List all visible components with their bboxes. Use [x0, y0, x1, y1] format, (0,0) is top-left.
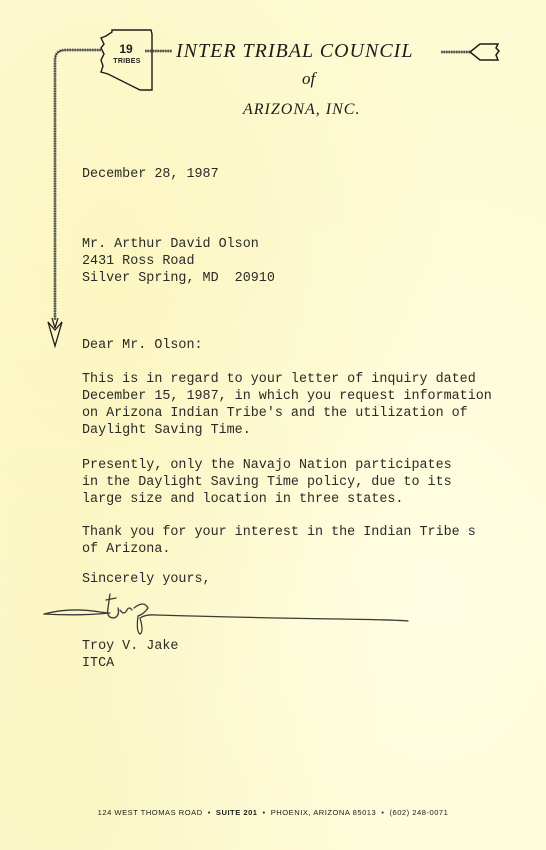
footer-street: 124 WEST THOMAS ROAD	[98, 808, 203, 817]
paragraph-line: Presently, only the Navajo Nation partic…	[82, 457, 452, 474]
signature-block: Troy V. Jake ITCA	[82, 638, 178, 672]
footer-city: PHOENIX, ARIZONA 85013	[271, 808, 377, 817]
paragraph-line: in the Daylight Saving Time policy, due …	[82, 474, 452, 491]
recipient-street: 2431 Ross Road	[82, 253, 275, 270]
paragraph-2: Presently, only the Navajo Nation partic…	[82, 457, 452, 508]
signer-org: ITCA	[82, 655, 178, 672]
footer-phone: (602) 248-0071	[389, 808, 448, 817]
org-name-line1: INTER TRIBAL COUNCIL	[176, 40, 413, 63]
paragraph-line: This is in regard to your letter of inqu…	[82, 371, 492, 388]
paragraph-line: Thank you for your interest in the India…	[82, 524, 476, 541]
paragraph-line: Daylight Saving Time.	[82, 422, 492, 439]
paragraph-line: of Arizona.	[82, 541, 476, 558]
org-name-line2: of	[302, 69, 315, 89]
footer-separator: •	[208, 808, 211, 817]
badge-text: TRIBES	[107, 58, 147, 65]
signature-icon	[40, 592, 420, 642]
recipient-name: Mr. Arthur David Olson	[82, 236, 275, 253]
badge-number: 19	[111, 42, 141, 56]
footer-address: 124 WEST THOMAS ROAD•SUITE 201•PHOENIX, …	[0, 808, 546, 817]
paragraph-line: on Arizona Indian Tribe's and the utiliz…	[82, 405, 492, 422]
recipient-city: Silver Spring, MD 20910	[82, 270, 275, 287]
paragraph-line: December 15, 1987, in which you request …	[82, 388, 492, 405]
footer-separator: •	[381, 808, 384, 817]
recipient-address: Mr. Arthur David Olson 2431 Ross Road Si…	[82, 236, 275, 287]
paragraph-3: Thank you for your interest in the India…	[82, 524, 476, 558]
salutation: Dear Mr. Olson:	[82, 337, 203, 354]
arrowhead-icon	[48, 318, 62, 346]
signer-name: Troy V. Jake	[82, 638, 178, 655]
letter-date: December 28, 1987	[82, 166, 219, 183]
paragraph-1: This is in regard to your letter of inqu…	[82, 371, 492, 439]
org-name-line3: ARIZONA, INC.	[243, 101, 360, 119]
closing: Sincerely yours,	[82, 571, 211, 588]
footer-suite: SUITE 201	[216, 808, 258, 817]
paragraph-line: large size and location in three states.	[82, 491, 452, 508]
arrow-fletching-icon	[470, 44, 499, 60]
footer-separator: •	[263, 808, 266, 817]
